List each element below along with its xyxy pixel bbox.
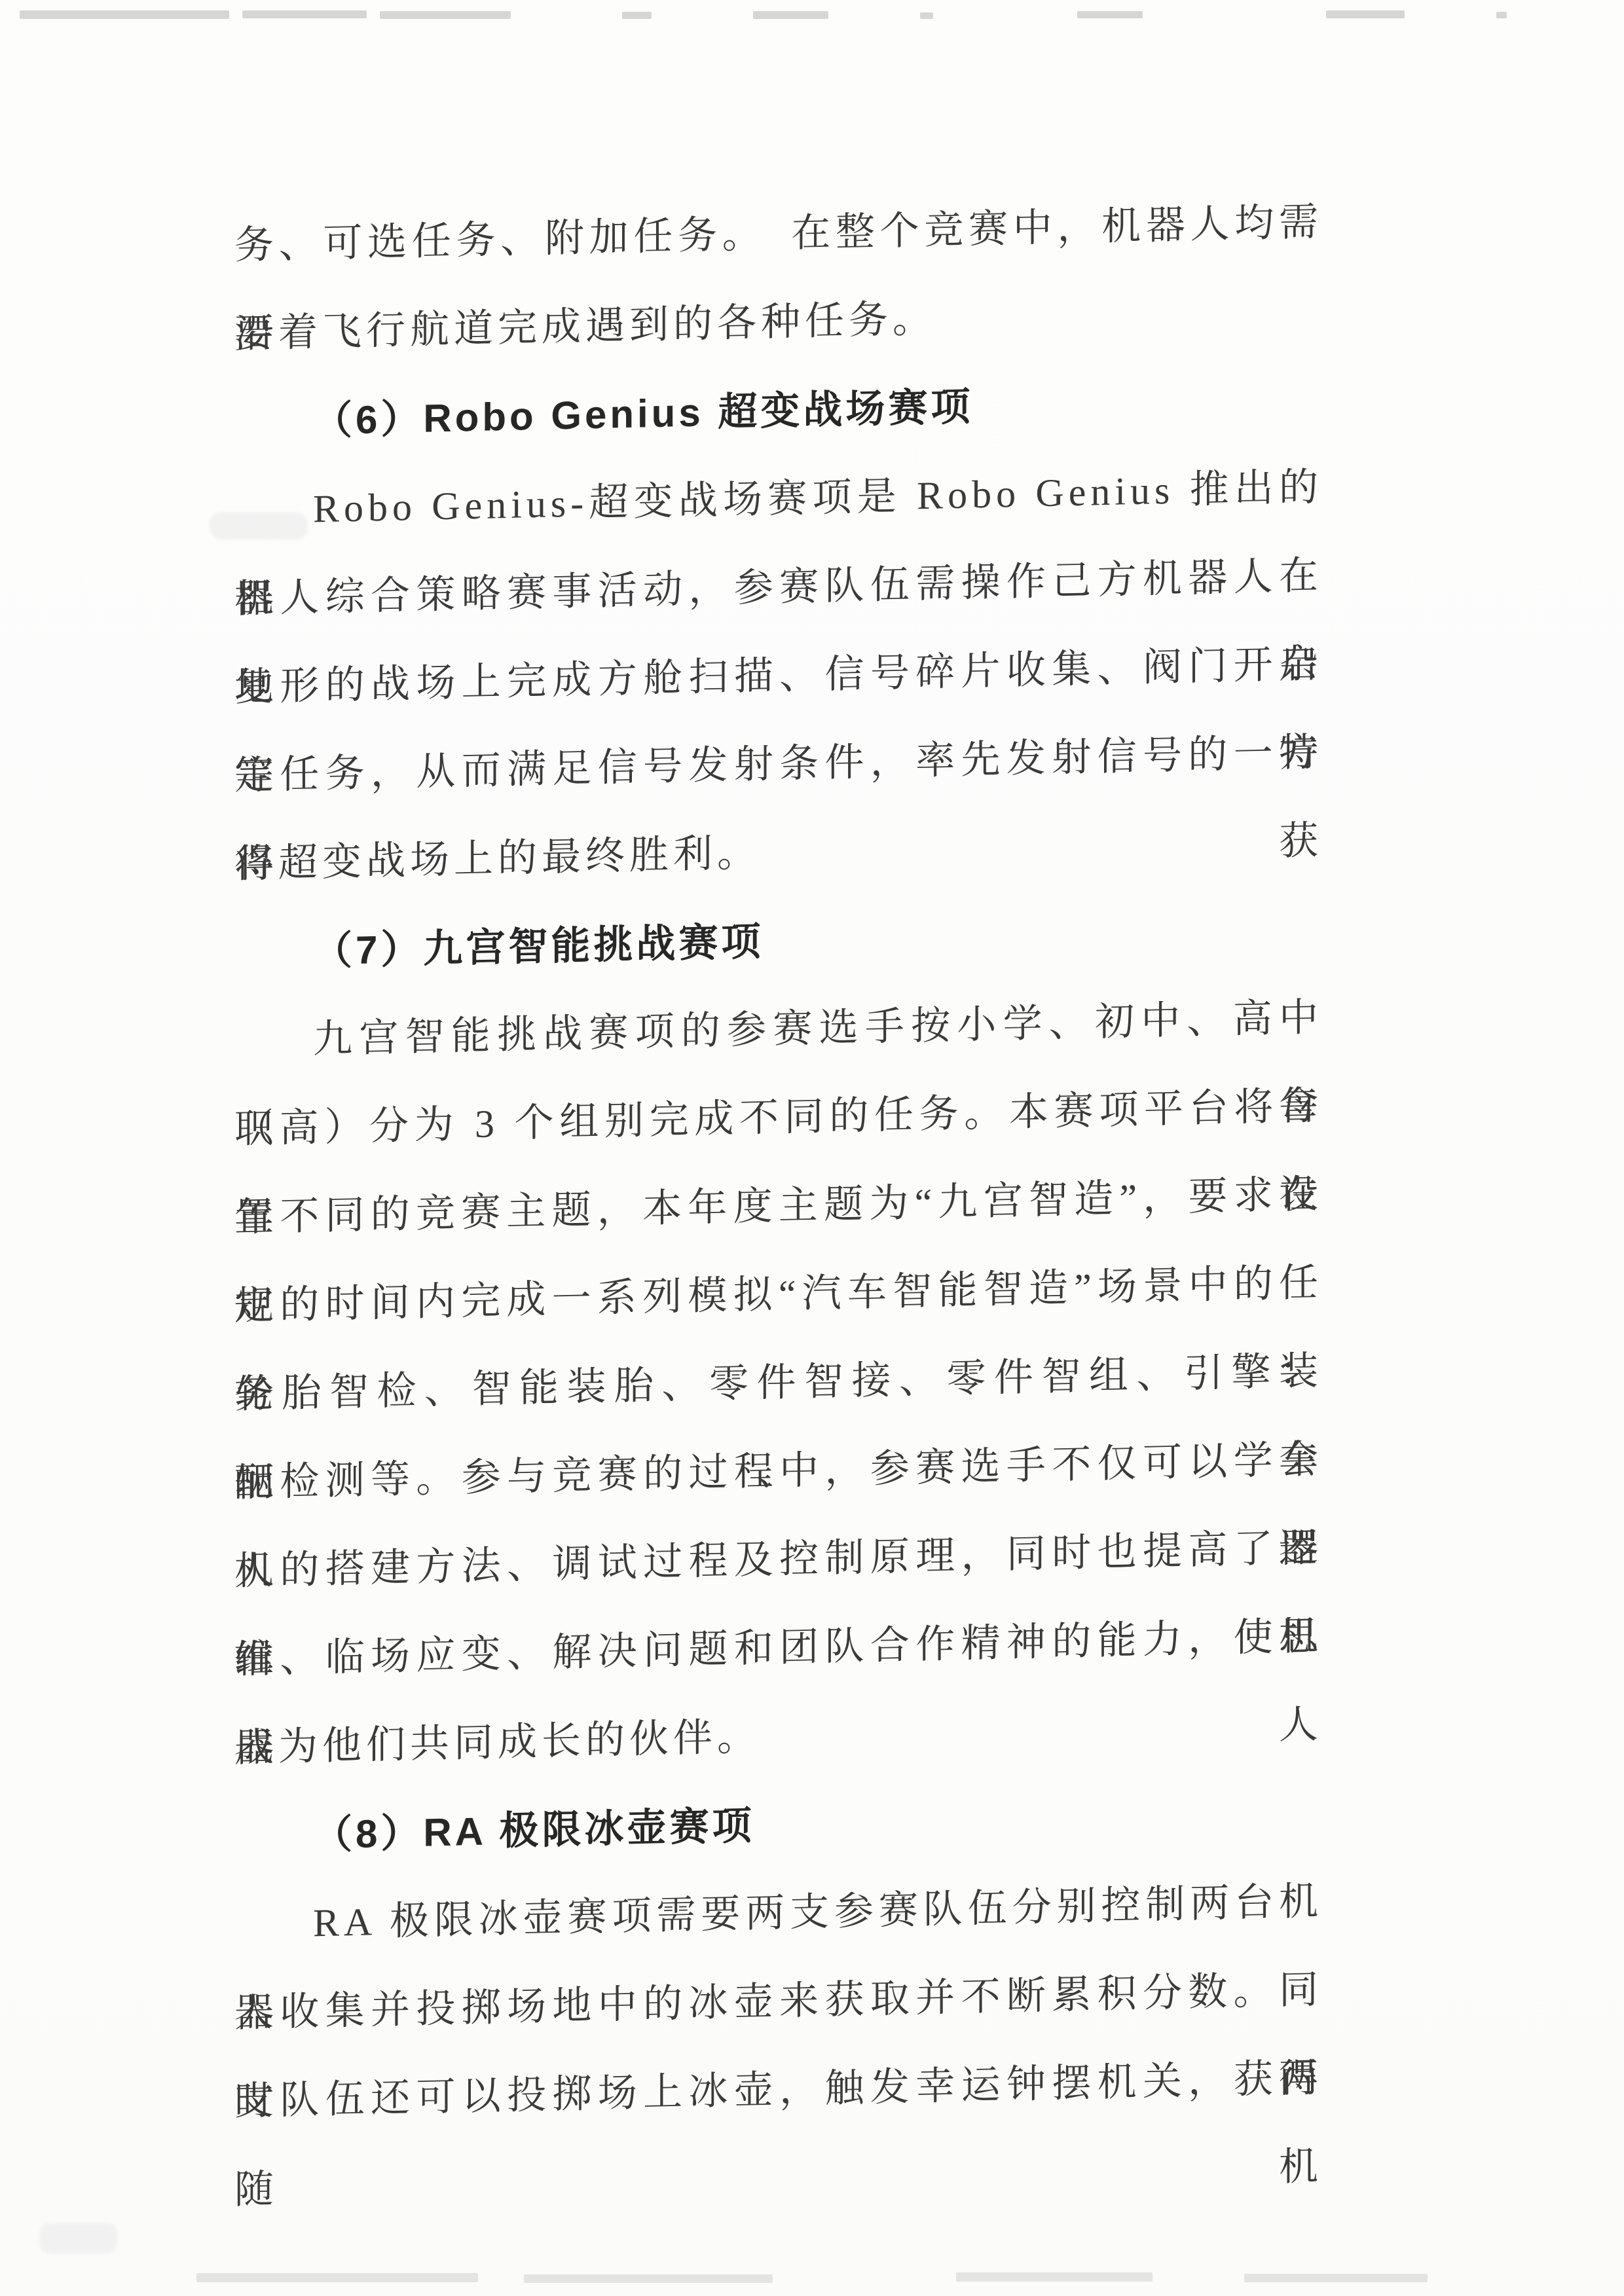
scan-artifact <box>242 10 367 18</box>
scan-artifact <box>920 12 933 19</box>
scan-artifact <box>1077 11 1143 18</box>
scan-artifact <box>524 2274 773 2283</box>
scan-smudge <box>39 2223 118 2254</box>
document-page: 务、可选任务、附加任务。 在整个竞赛中，机器人均需要 沿着飞行航道完成遇到的各种… <box>0 0 1624 2296</box>
scan-artifact <box>622 12 652 19</box>
text-block: 务、可选任务、附加任务。 在整个竞赛中，机器人均需要 沿着飞行航道完成遇到的各种… <box>234 178 1323 2146</box>
scan-artifact <box>20 10 229 19</box>
scan-artifact <box>753 11 828 19</box>
scan-artifact <box>956 2272 1153 2282</box>
scan-artifact <box>1496 12 1507 18</box>
scan-artifact <box>1244 2274 1428 2282</box>
scan-artifact <box>196 2273 478 2282</box>
scan-artifact <box>380 11 511 19</box>
scan-artifact <box>1326 10 1405 18</box>
